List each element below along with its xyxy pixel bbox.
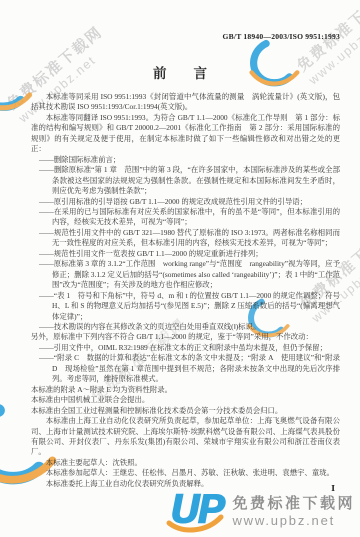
foreword-paragraph: ——“表 1 符号和下角标”中，符号 d、m 和 t 的位置按 GB/T 1.1… <box>39 291 340 322</box>
foreword-paragraph: 本标准等同翻译 ISO 9951:1993。为符合 GB/T 1.1—2000《… <box>31 113 340 155</box>
standard-code: GB/T 18940—2003/ISO 9951:1993 <box>223 32 340 41</box>
foreword-paragraph: ——原标准第 3 章的 3.1.2“工作范围 working range”与“范… <box>39 259 340 290</box>
site-name: 免费标准下载网 <box>232 492 355 513</box>
foreword-paragraph: 本标准由上海工业自动化仪表研究所负责起草，参加起草单位：上海飞奥燃气设备有限公司… <box>31 416 340 458</box>
foreword-paragraph: 本标准的附录 A～附录 E 均为资料性附录。 <box>31 385 340 395</box>
page-title: 前 言 <box>0 62 360 82</box>
foreword-paragraph: 本标准等同采用 ISO 9951:1993《封闭管道中气体流量的测量 涡轮流量计… <box>31 92 340 113</box>
foreword-paragraph: ——引用文件中，OIML R32:1989 在标准文本的正文和附录中虽均未提及，… <box>39 343 340 353</box>
foreword-paragraph: 本标准主要起草人：沈铁照。 <box>31 458 340 468</box>
page-number: Ⅰ <box>331 483 335 493</box>
foreword-paragraph: 本标准由全国工业过程测量和控制标准化技术委员会第一分技术委员会归口。 <box>31 406 340 416</box>
foreword-paragraph: ——在采用的已与国际标准有对应关系的国家标准中，有的虽不是“等同”，但本标准引用… <box>39 207 340 228</box>
site-url: www.upbz.net <box>232 513 355 528</box>
foreword-paragraph: 另外，原标准中下列内容不符合 GB/T 1.1—2000 的规定，鉴于“等同”采… <box>31 332 340 342</box>
foreword-paragraph: ——技术勘误的内容在其修改条文的页边空白处用垂直双线(‖)标识。 <box>39 322 340 332</box>
foreword-paragraph: ——原引用标准的引导语按 GB/T 1.1—2000 的规定改成规范性引用文件的… <box>39 197 340 207</box>
foreword-paragraph: ——规范性引用文件一览表按 GB/T 1.1—2000 的规定重新进行排列； <box>39 249 340 259</box>
foreword-paragraph: ——“附录 C 数据的计算和表达”在标准文本的条文中未提及；“附录 A 使用建议… <box>39 353 340 384</box>
document-page: 免费标准下载网 www.upbz.net 免费标准下载网 www.upbz.ne… <box>0 0 360 537</box>
upbz-footer-text: 免费标准下载网 www.upbz.net <box>232 492 355 528</box>
upbz-footer-logo: UP 免费标准下载网 www.upbz.net <box>165 487 355 533</box>
upbz-logo-icon: UP <box>165 487 227 533</box>
foreword-paragraph: ——规范性引用文件中的 GB/T 321—1980 替代了原标准的 ISO 3:… <box>39 228 340 249</box>
foreword-body: 本标准等同采用 ISO 9951:1993《封闭管道中气体流量的测量 涡轮流量计… <box>31 92 340 489</box>
foreword-paragraph: ——删除原标准“第 1 章 范围”中的第 3 段，“在许多国家中，本国际标准涉及… <box>39 165 340 196</box>
foreword-paragraph: ——删除国际标准前言； <box>39 155 340 165</box>
foreword-paragraph: 本标准委托上海工业自动化仪表研究所负责解释。 <box>31 479 340 489</box>
foreword-paragraph: 本标准参加起草人：王继忠、任松伟、吕墨月、苏敏、汪秋敏、张进明、袁懋宇、童珑。 <box>31 468 340 478</box>
foreword-paragraph: 本标准由中国机械工业联合会提出。 <box>31 395 340 405</box>
